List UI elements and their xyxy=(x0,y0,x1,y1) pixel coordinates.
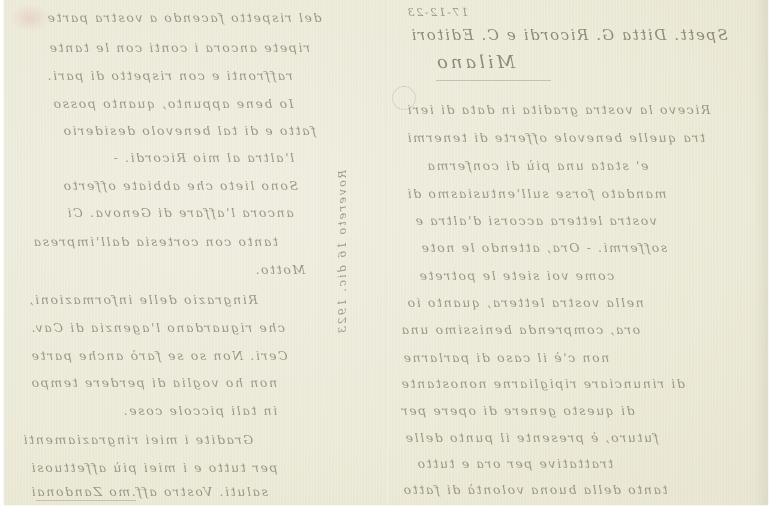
handwritten-line: Motto. xyxy=(254,262,305,277)
handwritten-line: Ringrazio delle informazioni, xyxy=(28,292,258,307)
handwritten-line: l'altra al mio Ricordi. - xyxy=(112,150,294,165)
handwritten-line: non ho voglia di perdere tempo xyxy=(30,375,277,390)
handwritten-line: nella vostra lettera, quanto io xyxy=(406,295,644,310)
handwritten-line: tanto della buona volontà di fatto xyxy=(402,482,668,497)
letter-address: Spett. Ditta G. Ricordi e C. Editori xyxy=(410,26,728,44)
signature-line: saluti. Vostro aff.mo Zandonai xyxy=(30,484,268,499)
signature-underline xyxy=(36,500,136,501)
handwritten-line: del rispetto facendo a vostra parte xyxy=(46,10,321,25)
handwritten-line: come voi siete le potrete xyxy=(418,268,614,283)
handwritten-line: che riguardano l'agenzia di Cav. xyxy=(30,320,285,335)
right-page: 17-12-23 Spett. Ditta G. Ricordi e C. Ed… xyxy=(396,0,751,505)
handwritten-line: vostra lettera accorsi d'altra e xyxy=(414,213,657,228)
handwritten-line: ripete ancora i conti con le tante xyxy=(48,40,310,55)
handwritten-line: mandato forse sull'entusiasmo di xyxy=(406,186,667,201)
page-fold xyxy=(386,0,388,505)
handwritten-line: trattative per ora e tutto xyxy=(416,456,613,471)
handwritten-line: tra quelle benevole offerte di tenermi xyxy=(406,130,705,145)
handwritten-line: futuro, è presente il punto delle xyxy=(404,430,658,445)
letter-sheet: del rispetto facendo a vostra parte ripe… xyxy=(4,0,768,505)
handwritten-line: di rinunciare ripigliarne nonostante xyxy=(400,376,685,391)
handwritten-line: Io bene appunto, quanto posso xyxy=(52,96,294,111)
handwritten-line: in tali piccole cose. xyxy=(122,403,277,418)
handwritten-line: raffronti e con rispetto di pari. xyxy=(46,68,293,83)
handwritten-line: non c'è il caso di parlarne xyxy=(402,350,609,365)
handwritten-line: Gradite i miei ringraziamenti xyxy=(22,432,253,447)
handwritten-line: soffermi. - Ora, attendo le note xyxy=(420,240,667,255)
handwritten-line: tanto con cortesia dall'impresa xyxy=(32,234,278,249)
margin-note: Rovereto 16 dic. 1923 xyxy=(336,170,349,335)
handwritten-line: Sono lieto che abbiate offerto xyxy=(62,178,298,193)
handwritten-line: per tutto e i miei più affettuosi xyxy=(30,460,278,475)
letter-date: 17-12-23 xyxy=(406,6,468,19)
handwritten-line: Ricevo la vostra gradita in data di ieri xyxy=(406,102,710,117)
sheet-edge xyxy=(754,0,768,505)
handwritten-line: ancora l'affare di Genova. Ci xyxy=(66,205,294,220)
handwritten-line: e' stata una più di conferma xyxy=(426,158,648,173)
handwritten-line: Ceri. Non so se farò anche parte xyxy=(30,348,288,363)
handwritten-line: di questo genere di opere per xyxy=(400,403,635,418)
letter-city: Milano xyxy=(434,52,515,73)
heading-underline xyxy=(436,80,551,81)
handwritten-line: fatto e di tal benevolo desiderio xyxy=(62,123,316,138)
handwritten-line: ora, comprenda benissimo una xyxy=(400,322,640,337)
left-page: del rispetto facendo a vostra parte ripe… xyxy=(22,0,352,505)
